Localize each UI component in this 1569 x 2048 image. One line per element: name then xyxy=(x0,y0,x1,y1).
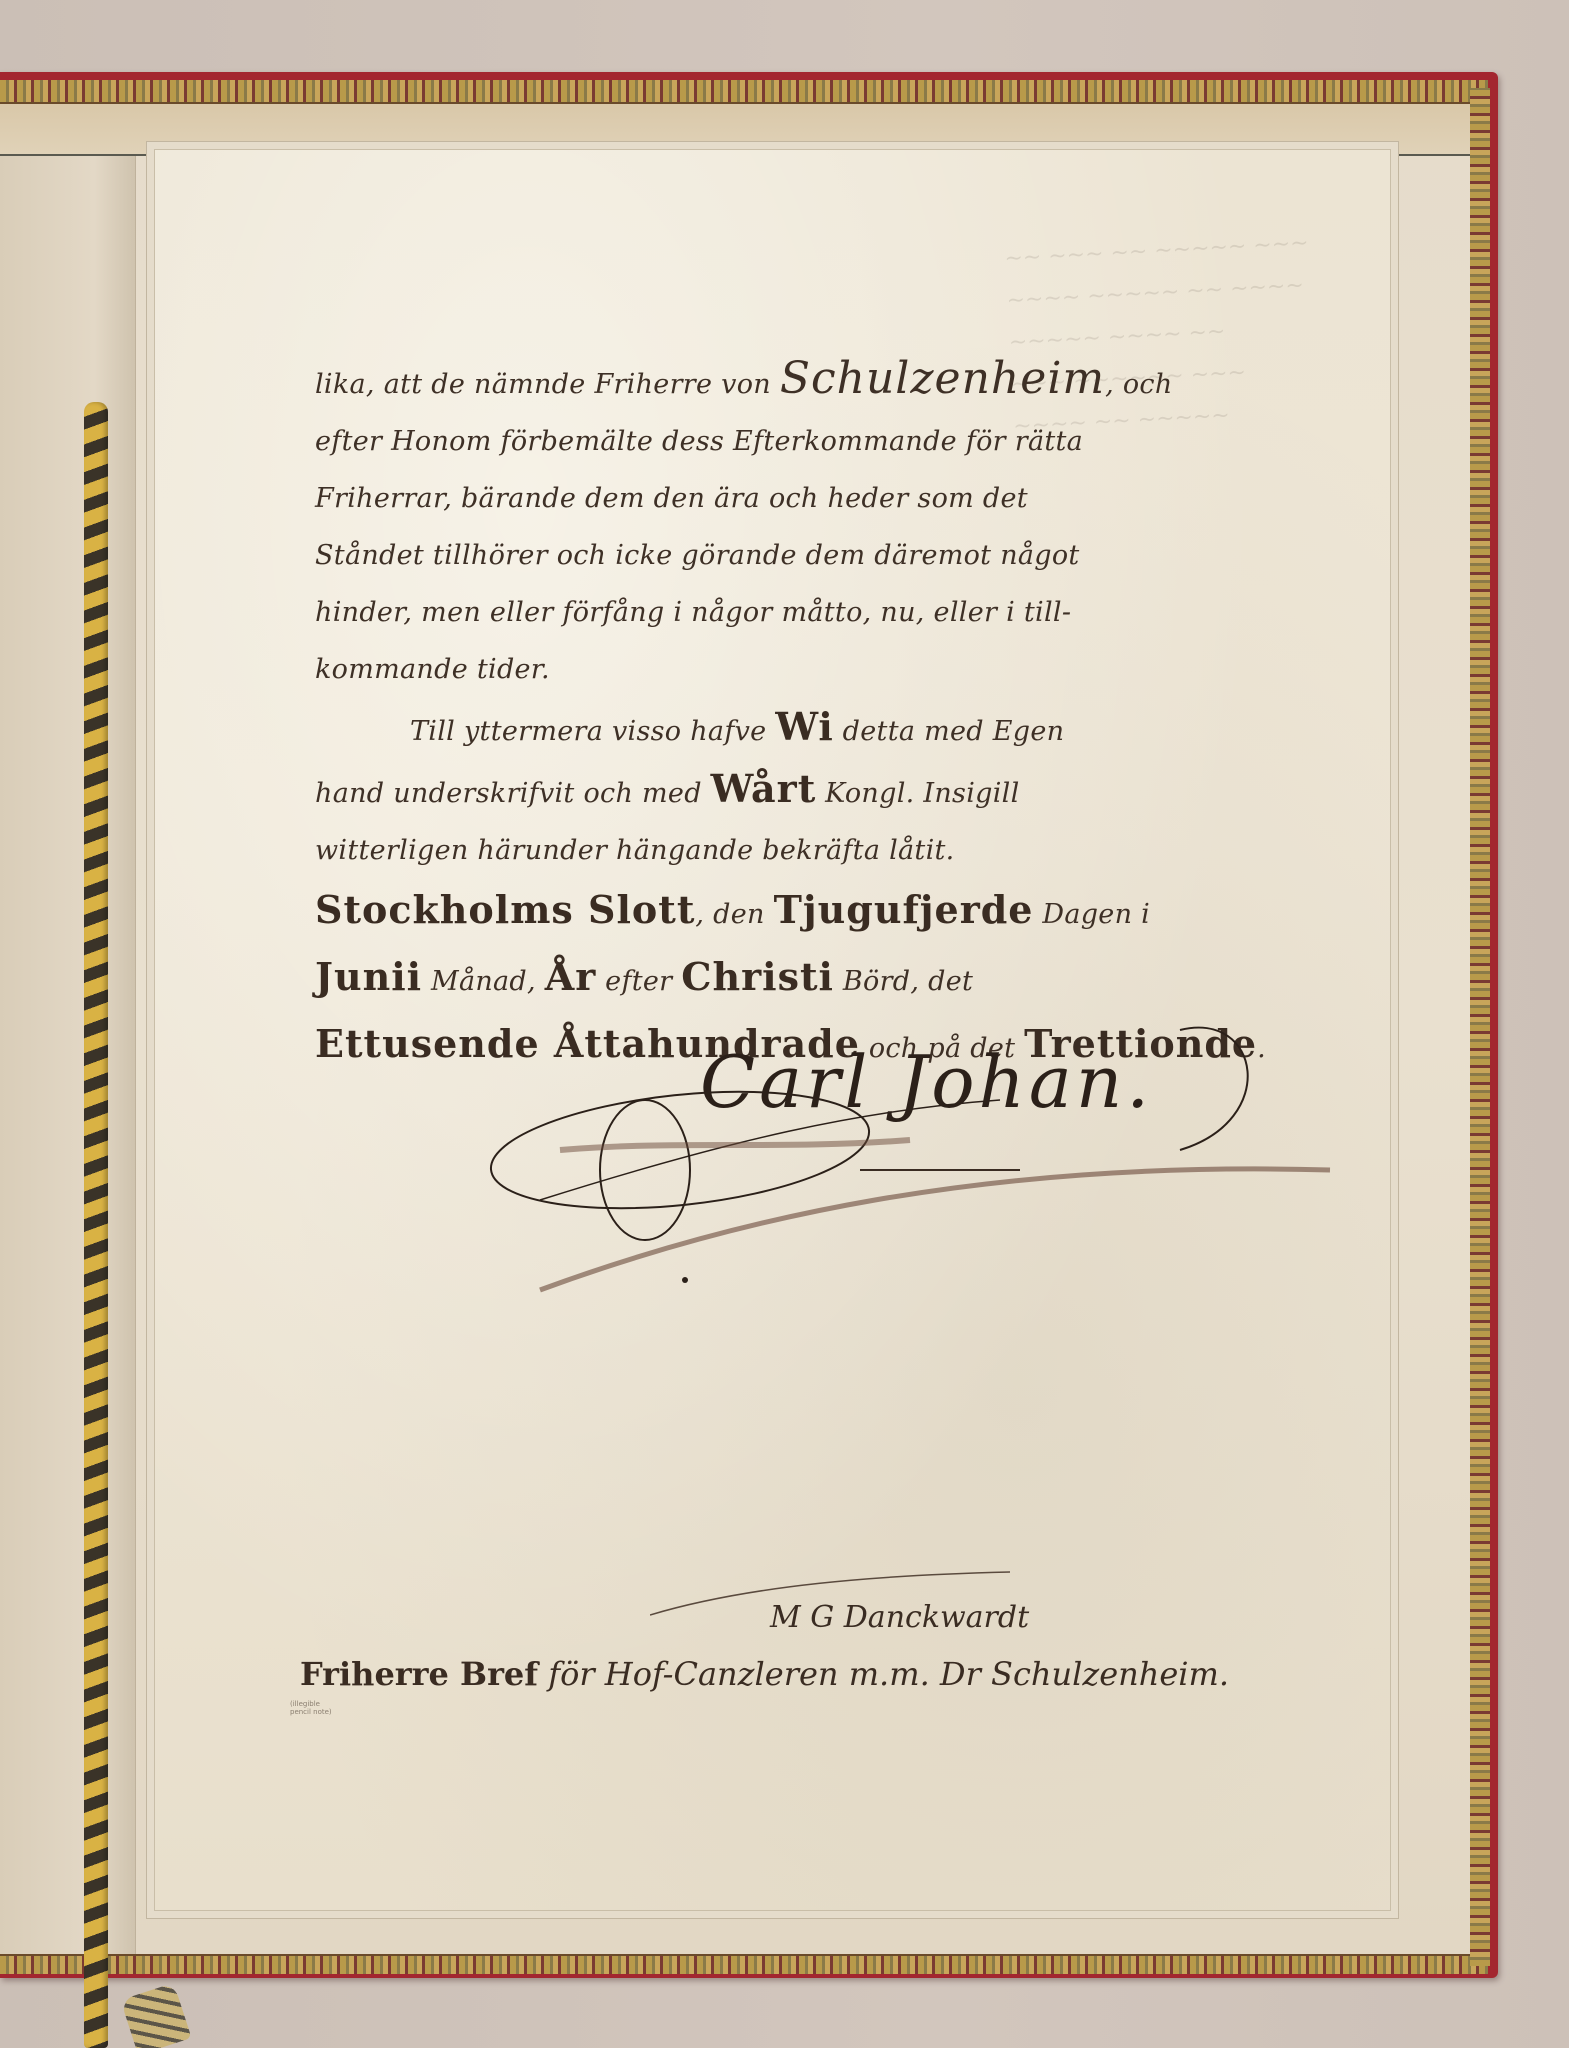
document-body: lika, att de nämnde Friherre von Schulze… xyxy=(315,350,1165,1080)
gilt-border-right xyxy=(1470,88,1490,1966)
document-title-footer: Friherre Bref för Hof-Canzleren m.m. Dr … xyxy=(300,1655,1229,1693)
braided-cord xyxy=(84,402,108,2048)
gilt-border-top xyxy=(0,80,1488,104)
body-line: efter Honom förbemälte dess Efterkommand… xyxy=(315,413,1165,470)
body-line: Friherrar, bärande dem den ära och heder… xyxy=(315,470,1165,527)
body-line: Ståndet tillhörer och icke görande dem d… xyxy=(315,527,1165,584)
body-line: hinder, men eller förfång i någor måtto,… xyxy=(315,584,1165,641)
countersignature: M G Danckwardt xyxy=(770,1600,1029,1635)
royal-signature: Carl Johan. xyxy=(700,1040,1153,1124)
pencil-annotation: (illegible pencil note) xyxy=(290,1700,332,1716)
body-line: hand underskrifvit och med Wårt Kongl. I… xyxy=(315,760,1165,822)
name-schulzenheim: Schulzenheim xyxy=(780,353,1105,404)
body-line: kommande tider. xyxy=(315,641,1165,698)
top-hinge xyxy=(0,102,1470,156)
gilt-border-bottom xyxy=(0,1954,1488,1974)
body-line: Till yttermera visso hafve Wi detta med … xyxy=(315,698,1165,760)
body-line: witterligen härunder hängande bekräfta l… xyxy=(315,822,1165,879)
dating-line: Stockholms Slott, den Tjugufjerde Dagen … xyxy=(315,879,1165,946)
body-line: lika, att de nämnde Friherre von Schulze… xyxy=(315,350,1165,413)
spine-fold xyxy=(0,102,136,1954)
